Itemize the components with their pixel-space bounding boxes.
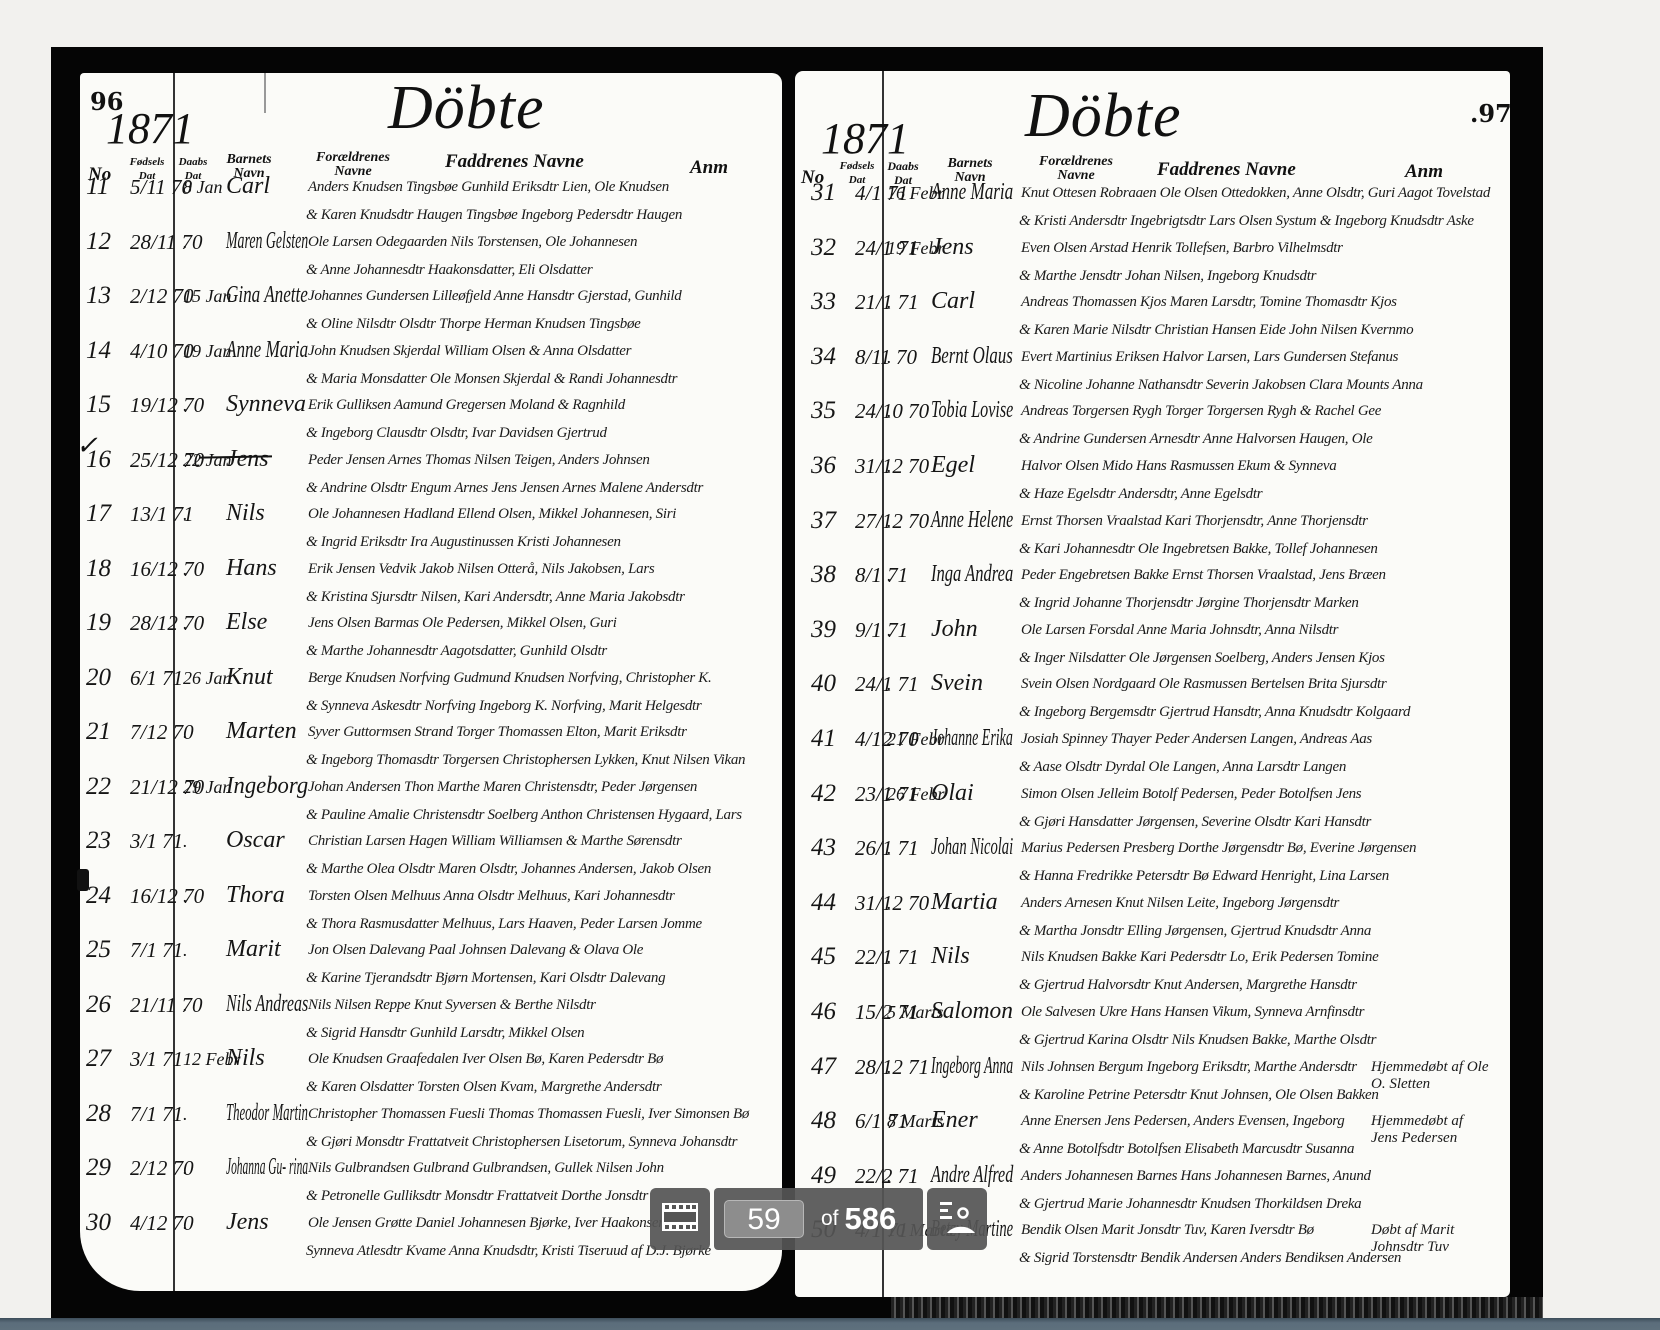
birth-date: 16/12 70 bbox=[130, 557, 204, 582]
margin-ink-blot bbox=[77, 869, 89, 891]
parents-godparents-line: Even Olsen Arstad Henrik Tollefsen, Barb… bbox=[1021, 240, 1343, 257]
child-name: Ingeborg Anna bbox=[931, 1053, 1013, 1080]
parents-godparents-line: & Karine Tjerandsdtr Bjørn Mortensen, Ka… bbox=[306, 970, 665, 987]
child-name: Oscar bbox=[226, 827, 285, 854]
baptism-date: . bbox=[887, 292, 892, 313]
parents-godparents-line: & Karoline Petrine Petersdtr Knut Johnse… bbox=[1019, 1087, 1379, 1104]
year-heading: 1871 bbox=[821, 113, 909, 164]
parents-godparents-line: Anders Johannesen Barnes Hans Johannesen… bbox=[1021, 1168, 1371, 1185]
baptism-date: 19 Jan bbox=[183, 341, 232, 362]
child-name: Nils bbox=[931, 943, 970, 970]
parents-godparents-line: & Oline Nilsdtr Olsdtr Thorpe Herman Knu… bbox=[306, 316, 641, 333]
header-godparents: Faddrenes Navne bbox=[445, 155, 685, 169]
parents-godparents-line: & Anne Johannesdtr Haakonsdatter, Eli Ol… bbox=[306, 262, 592, 279]
parents-godparents-line: & Andrine Olsdtr Engum Arnes Jens Jensen… bbox=[306, 480, 703, 497]
register-entry: 2221/12 7029 JanIngeborgJohan Andersen T… bbox=[86, 773, 776, 827]
parents-godparents-line: & Haze Egelsdtr Andersdtr, Anne Egelsdtr bbox=[1019, 486, 1262, 503]
baptism-date: . bbox=[183, 559, 188, 580]
parents-godparents-line: & Kristina Sjursdtr Nilsen, Kari Andersd… bbox=[306, 589, 685, 606]
left-page: 96 1871 Döbte No Fødsels Dat Daabs Dat B… bbox=[80, 73, 782, 1291]
parents-godparents-line: Jon Olsen Dalevang Paal Johnsen Dalevang… bbox=[308, 942, 643, 959]
parents-godparents-line: & Ingeborg Clausdtr Olsdtr, Ivar Davidse… bbox=[306, 425, 607, 442]
child-name: Knut bbox=[226, 664, 273, 691]
parents-godparents-line: & Kari Johannesdtr Ole Ingebretsen Bakke… bbox=[1019, 541, 1378, 558]
child-name: Salomon bbox=[931, 998, 1013, 1025]
parents-godparents-line: & Gjertrud Halvorsdtr Knut Andersen, Mar… bbox=[1019, 977, 1357, 994]
child-name: Olai bbox=[931, 780, 974, 807]
child-name: John bbox=[931, 616, 978, 643]
baptism-date: . bbox=[887, 565, 892, 586]
baptism-date: . bbox=[887, 893, 892, 914]
birth-date: 27/12 70 bbox=[855, 509, 929, 534]
parents-godparents-line: Christian Larsen Hagen William Williamse… bbox=[308, 833, 682, 850]
parents-godparents-line: & Anne Botolfsdtr Botolfsen Elisabeth Ma… bbox=[1019, 1141, 1354, 1158]
baptism-date: . bbox=[887, 456, 892, 477]
page-number-input[interactable]: 59 bbox=[724, 1200, 804, 1238]
remark-note: Hjemmedøbt af Ole O. Sletten bbox=[1371, 1059, 1491, 1093]
register-entry: 3224/1 7119 FebrJensEven Olsen Arstad He… bbox=[811, 234, 1511, 288]
parents-godparents-line: Christopher Thomassen Fuesli Thomas Thom… bbox=[308, 1106, 749, 1123]
parents-godparents-line: Ole Knudsen Graafedalen Iver Olsen Bø, K… bbox=[308, 1051, 663, 1068]
entry-number: 38 bbox=[811, 561, 836, 589]
remark-note: Hjemmedøbt af Jens Pedersen bbox=[1371, 1113, 1491, 1147]
parents-godparents-line: & Martha Jonsdtr Elling Jørgensen, Gjert… bbox=[1019, 923, 1371, 940]
register-entry: 3524/10 70.Tobia LoviseAndreas Torgersen… bbox=[811, 397, 1511, 451]
header-godparents: Faddrenes Navne bbox=[1157, 163, 1397, 177]
parents-godparents-line: & Synneva Askesdtr Norfving Ingeborg K. … bbox=[306, 698, 701, 715]
register-entry: 2621/11 70.Nils AndreasNils Nilsen Reppe… bbox=[86, 991, 776, 1045]
parents-godparents-line: & Petronelle Gulliksdtr Monsdtr Frattatv… bbox=[306, 1188, 648, 1205]
parents-godparents-line: Syver Guttormsen Strand Torger Thomassen… bbox=[308, 724, 687, 741]
baptism-date: . bbox=[183, 232, 188, 253]
baptism-date: . bbox=[183, 1104, 188, 1125]
register-entry: 217/12 70.MartenSyver Guttormsen Strand … bbox=[86, 718, 776, 772]
child-name: Maren Gelsten bbox=[226, 228, 308, 255]
birth-date: 16/12 70 bbox=[130, 884, 204, 909]
entry-number: 31 bbox=[811, 179, 836, 207]
child-name: Tobia Lovise bbox=[931, 397, 1013, 424]
child-name: Synneva bbox=[226, 391, 306, 418]
baptism-date: . bbox=[887, 1166, 892, 1187]
parents-godparents-line: Svein Olsen Nordgaard Ole Rasmussen Bert… bbox=[1021, 676, 1386, 693]
parents-godparents-line: Nils Johnsen Bergum Ingeborg Eriksdtr, M… bbox=[1021, 1059, 1357, 1076]
child-name: Ener bbox=[931, 1107, 978, 1134]
register-entry: 3321/1 71.CarlAndreas Thomassen Kjos Mar… bbox=[811, 288, 1511, 342]
register-entry: 4728/12 71.Ingeborg AnnaNils Johnsen Ber… bbox=[811, 1053, 1511, 1107]
register-entry: 1928/12 70.ElseJens Olsen Barmas Ole Ped… bbox=[86, 609, 776, 663]
register-entry: 4223/1 7126 FebrOlaiSimon Olsen Jelleim … bbox=[811, 780, 1511, 834]
parents-godparents-line: Nils Gulbrandsen Gulbrand Gulbrandsen, G… bbox=[308, 1160, 664, 1177]
child-name: Carl bbox=[226, 173, 270, 200]
child-name: Else bbox=[226, 609, 267, 636]
parents-godparents-line: & Ingrid Eriksdtr Ira Augustinussen Kris… bbox=[306, 534, 621, 551]
baptism-date: . bbox=[183, 886, 188, 907]
baptism-date: . bbox=[887, 1057, 892, 1078]
child-name: Nils Andreas bbox=[226, 991, 308, 1018]
parents-godparents-line: Halvor Olsen Mido Hans Rasmussen Ekum & … bbox=[1021, 458, 1336, 475]
parents-godparents-line: Peder Engebretsen Bakke Ernst Thorsen Vr… bbox=[1021, 567, 1386, 584]
baptism-date: . bbox=[887, 620, 892, 641]
baptism-date: . bbox=[183, 940, 188, 961]
parents-godparents-line: Marius Pedersen Presberg Dorthe Jørgensd… bbox=[1021, 840, 1416, 857]
parents-godparents-line: Ole Jensen Grøtte Daniel Johannesen Bjør… bbox=[308, 1215, 665, 1232]
parents-godparents-line: & Maria Monsdatter Ole Monsen Skjerdal &… bbox=[306, 371, 677, 388]
parents-godparents-line: Peder Jensen Arnes Thomas Nilsen Teigen,… bbox=[308, 452, 650, 469]
entry-number: 18 bbox=[86, 555, 111, 583]
year-heading: 1871 bbox=[106, 103, 194, 154]
baptism-date: . bbox=[183, 722, 188, 743]
birth-date: 21/11 70 bbox=[130, 993, 203, 1018]
column-divider bbox=[264, 73, 266, 113]
baptism-date: . bbox=[183, 1158, 188, 1179]
child-name: Marten bbox=[226, 718, 297, 745]
record-index-icon bbox=[937, 1197, 977, 1241]
entry-number: 44 bbox=[811, 889, 836, 917]
register-entry: 486/1 718 MartsEnerAnne Enersen Jens Ped… bbox=[811, 1107, 1511, 1161]
child-name: Ingeborg bbox=[226, 773, 308, 800]
filmstrip-icon bbox=[661, 1202, 699, 1236]
entry-number: 16 bbox=[86, 446, 111, 474]
filmstrip-button[interactable] bbox=[650, 1188, 710, 1250]
baptism-date: . bbox=[887, 401, 892, 422]
record-index-button[interactable] bbox=[927, 1188, 987, 1250]
header-remarks: Anm bbox=[1405, 165, 1443, 179]
child-name: Anne Maria bbox=[226, 337, 308, 364]
total-pages: 586 bbox=[845, 1201, 897, 1237]
right-page: .97 1871 Döbte No Fødsels Dat Daabs Dat … bbox=[795, 71, 1510, 1297]
child-name: Jens bbox=[931, 234, 974, 261]
parents-godparents-line: Torsten Olsen Melhuus Anna Olsdtr Melhuu… bbox=[308, 888, 674, 905]
parents-godparents-line: Nils Nilsen Reppe Knut Syversen & Berthe… bbox=[308, 997, 596, 1014]
baptism-date: . bbox=[183, 1213, 188, 1234]
register-entry: 4024/1 71.SveinSvein Olsen Nordgaard Ole… bbox=[811, 670, 1511, 724]
entry-number: 14 bbox=[86, 337, 111, 365]
parents-godparents-line: Jens Olsen Barmas Ole Pedersen, Mikkel O… bbox=[308, 615, 617, 632]
parents-godparents-line: & Thora Rasmusdatter Melhuus, Lars Haave… bbox=[306, 916, 702, 933]
entry-number: 35 bbox=[811, 397, 836, 425]
entry-number: 25 bbox=[86, 936, 111, 964]
child-name: Egel bbox=[931, 452, 975, 479]
register-entry: 115/11 708 JanCarlAnders Knudsen Tingsbø… bbox=[86, 173, 776, 227]
register-entry: 3727/12 70.Anne HeleneErnst Thorsen Vraa… bbox=[811, 507, 1511, 561]
baptism-date: . bbox=[887, 838, 892, 859]
of-label: of bbox=[821, 1207, 839, 1231]
child-name: Jens bbox=[226, 446, 269, 473]
register-entry: 233/1 71.OscarChristian Larsen Hagen Wil… bbox=[86, 827, 776, 881]
parents-godparents-line: & Ingrid Johanne Thorjensdtr Jørgine Tho… bbox=[1019, 595, 1359, 612]
birth-date: 28/11 70 bbox=[130, 230, 203, 255]
register-entry: 1816/12 70.HansErik Jensen Vedvik Jakob … bbox=[86, 555, 776, 609]
entry-number: 21 bbox=[86, 718, 111, 746]
register-entry: 206/1 7126 JanKnutBerge Knudsen Norfving… bbox=[86, 664, 776, 718]
entry-number: 39 bbox=[811, 616, 836, 644]
entry-number: 27 bbox=[86, 1045, 111, 1073]
parents-godparents-line: & Marthe Jensdtr Johan Nilsen, Ingeborg … bbox=[1019, 268, 1316, 285]
child-name: Carl bbox=[931, 288, 975, 315]
entry-number: 37 bbox=[811, 507, 836, 535]
child-name: Anne Maria bbox=[931, 179, 1013, 206]
parents-godparents-line: & Kristi Andersdtr Ingebrigtsdtr Lars Ol… bbox=[1019, 213, 1474, 230]
parents-godparents-line: & Gjøri Monsdtr Frattatveit Christophers… bbox=[306, 1134, 737, 1151]
parents-godparents-line: Andreas Torgersen Rygh Torger Torgersen … bbox=[1021, 403, 1381, 420]
birth-date: 28/12 71 bbox=[855, 1055, 929, 1080]
parents-godparents-line: Simon Olsen Jelleim Botolf Pedersen, Ped… bbox=[1021, 786, 1361, 803]
parents-godparents-line: & Karen Knudsdtr Haugen Tingsbøe Ingebor… bbox=[306, 207, 682, 224]
baptism-date: . bbox=[183, 995, 188, 1016]
baptism-date: . bbox=[183, 613, 188, 634]
entry-number: 13 bbox=[86, 282, 111, 310]
remark-note: Døbt af Marit Johnsdtr Tuv bbox=[1371, 1222, 1491, 1256]
entry-number: 11 bbox=[86, 173, 109, 201]
entry-number: 42 bbox=[811, 780, 836, 808]
register-entry: 348/11 70.Bernt OlausEvert Martinius Eri… bbox=[811, 343, 1511, 397]
baptism-date: 22 Jan bbox=[183, 450, 232, 471]
child-name: Nils bbox=[226, 1045, 265, 1072]
entry-number: 47 bbox=[811, 1053, 836, 1081]
parents-godparents-line: Berge Knudsen Norfving Gudmund Knudsen N… bbox=[308, 670, 711, 687]
birth-date: 31/12 70 bbox=[855, 891, 929, 916]
parents-godparents-line: & Sigrid Torstensdtr Bendik Andersen And… bbox=[1019, 1250, 1401, 1267]
register-entry: 4431/12 70.MartiaAnders Arnesen Knut Nil… bbox=[811, 889, 1511, 943]
entry-number: 40 bbox=[811, 670, 836, 698]
birth-date: 7/1 71 bbox=[130, 1102, 183, 1127]
parents-godparents-line: Johan Andersen Thon Marthe Maren Christe… bbox=[308, 779, 697, 796]
parents-godparents-line: Anders Knudsen Tingsbøe Gunhild Eriksdtr… bbox=[308, 179, 669, 196]
register-entry: 399/1 71.JohnOle Larsen Forsdal Anne Mar… bbox=[811, 616, 1511, 670]
entry-number: 43 bbox=[811, 834, 836, 862]
birth-date: 19/12 70 bbox=[130, 393, 204, 418]
child-name: Martia bbox=[931, 889, 998, 916]
child-name: Nils bbox=[226, 500, 265, 527]
register-entry: 144/10 7019 JanAnne MariaJohn Knudsen Sk… bbox=[86, 337, 776, 391]
child-name: Andre Alfred bbox=[931, 1162, 1013, 1189]
entry-number: 41 bbox=[811, 725, 836, 753]
baptism-date: 26 Jan bbox=[183, 668, 232, 689]
entry-number: 30 bbox=[86, 1209, 111, 1237]
child-name: Johanne Erika bbox=[931, 725, 1013, 752]
birth-date: 9/1 71 bbox=[855, 618, 908, 643]
entry-number: 22 bbox=[86, 773, 111, 801]
viewer-bottom-strip bbox=[0, 1318, 1660, 1330]
child-name: Svein bbox=[931, 670, 983, 697]
child-name: Inga Andrea bbox=[931, 561, 1013, 588]
page-title: Döbte bbox=[1025, 81, 1182, 152]
register-entry: 1625/12 7022 JanJensPeder Jensen Arnes T… bbox=[86, 446, 776, 500]
parents-godparents-line: & Sigrid Hansdtr Gunhild Larsdtr, Mikkel… bbox=[306, 1025, 584, 1042]
child-name: Anne Helene bbox=[931, 507, 1013, 534]
register-entry: 2416/12 70.ThoraTorsten Olsen Melhuus An… bbox=[86, 882, 776, 936]
parents-godparents-line: Nils Knudsen Bakke Kari Pedersdtr Lo, Er… bbox=[1021, 949, 1378, 966]
birth-date: 3/1 71 bbox=[130, 829, 183, 854]
baptism-date: . bbox=[887, 511, 892, 532]
parents-godparents-line: Anne Enersen Jens Pedersen, Anders Evens… bbox=[1021, 1113, 1344, 1130]
parents-godparents-line: & Karen Olsdatter Torsten Olsen Kvam, Ma… bbox=[306, 1079, 661, 1096]
register-entry: 314/1 7116 FebrAnne MariaKnut Ottesen Ro… bbox=[811, 179, 1511, 233]
parents-godparents-line: & Hanna Fredrikke Petersdtr Bø Edward He… bbox=[1019, 868, 1389, 885]
entry-number: 45 bbox=[811, 943, 836, 971]
register-entry: 4615/2 715 MartsSalomonOle Salvesen Ukre… bbox=[811, 998, 1511, 1052]
entry-number: 46 bbox=[811, 998, 836, 1026]
entry-number: 32 bbox=[811, 234, 836, 262]
entry-number: 28 bbox=[86, 1100, 111, 1128]
page-title: Döbte bbox=[388, 73, 545, 144]
entry-number: 17 bbox=[86, 500, 111, 528]
register-entry: 1519/12 70.SynnevaErik Gulliksen Aamund … bbox=[86, 391, 776, 445]
child-name: Theodor Martin bbox=[226, 1100, 308, 1127]
parents-godparents-line: Johannes Gundersen Lilleøfjeld Anne Hans… bbox=[308, 288, 681, 305]
parents-godparents-line: Ole Larsen Odegaarden Nils Torstensen, O… bbox=[308, 234, 637, 251]
parents-godparents-line: & Inger Nilsdatter Ole Jørgensen Soelber… bbox=[1019, 650, 1385, 667]
child-name: Bernt Olaus bbox=[931, 343, 1013, 370]
parents-godparents-line: & Nicoline Johanne Nathansdtr Severin Ja… bbox=[1019, 377, 1423, 394]
child-name: Johan Nicolai bbox=[931, 834, 1013, 861]
child-name: Hans bbox=[226, 555, 277, 582]
parents-godparents-line: & Gjertrud Karina Olsdtr Nils Knudsen Ba… bbox=[1019, 1032, 1376, 1049]
baptism-date: 29 Jan bbox=[183, 777, 232, 798]
parents-godparents-line: Ole Salvesen Ukre Hans Hansen Vikum, Syn… bbox=[1021, 1004, 1364, 1021]
parents-godparents-line: & Gjøri Hansdatter Jørgensen, Severine O… bbox=[1019, 814, 1371, 831]
entry-number: 29 bbox=[86, 1154, 111, 1182]
parents-godparents-line: Ernst Thorsen Vraalstad Kari Thorjensdtr… bbox=[1021, 513, 1368, 530]
register-entry: 257/1 71.MaritJon Olsen Dalevang Paal Jo… bbox=[86, 936, 776, 990]
birth-date: 8/1 71 bbox=[855, 563, 908, 588]
entry-number: 20 bbox=[86, 664, 111, 692]
parents-godparents-line: Josiah Spinney Thayer Peder Andersen Lan… bbox=[1021, 731, 1372, 748]
child-name: Marit bbox=[226, 936, 281, 963]
register-entry: 3631/12 70.EgelHalvor Olsen Mido Hans Ra… bbox=[811, 452, 1511, 506]
birth-date: 3/1 71 bbox=[130, 1047, 183, 1072]
parents-godparents-line: & Pauline Amalie Christensdtr Soelberg A… bbox=[306, 807, 742, 824]
entry-number: 33 bbox=[811, 288, 836, 316]
parents-godparents-line: Ole Johannesen Hadland Ellend Olsen, Mik… bbox=[308, 506, 676, 523]
entry-number: 26 bbox=[86, 991, 111, 1019]
baptism-date: 15 Jan bbox=[183, 286, 232, 307]
parents-godparents-line: Anders Arnesen Knut Nilsen Leite, Ingebo… bbox=[1021, 895, 1339, 912]
entry-number: 49 bbox=[811, 1162, 836, 1190]
register-entry: 4326/1 71.Johan NicolaiMarius Pedersen P… bbox=[811, 834, 1511, 888]
baptism-date: . bbox=[887, 947, 892, 968]
parents-godparents-line: Erik Jensen Vedvik Jakob Nilsen Otterå, … bbox=[308, 561, 654, 578]
birth-date: 28/12 70 bbox=[130, 611, 204, 636]
birth-date: 6/1 71 bbox=[130, 666, 183, 691]
parents-godparents-line: & Ingeborg Thomasdtr Torgersen Christoph… bbox=[306, 752, 745, 769]
entry-number: 24 bbox=[86, 882, 111, 910]
register-entry: 1228/11 70.Maren GelstenOle Larsen Odega… bbox=[86, 228, 776, 282]
birth-date: 24/10 70 bbox=[855, 399, 929, 424]
scanned-register-image: 96 1871 Döbte No Fødsels Dat Daabs Dat B… bbox=[51, 47, 1543, 1318]
baptism-date: . bbox=[887, 347, 892, 368]
baptism-date: . bbox=[887, 674, 892, 695]
child-name: Johanna Gu- rina bbox=[226, 1154, 308, 1181]
parents-godparents-line: Knut Ottesen Robraaen Ole Olsen Ottedokk… bbox=[1021, 185, 1490, 202]
baptism-date: . bbox=[183, 395, 188, 416]
child-name: Thora bbox=[226, 882, 285, 909]
parents-godparents-line: Bendik Olsen Marit Jonsdtr Tuv, Karen Iv… bbox=[1021, 1222, 1314, 1239]
entry-number: 36 bbox=[811, 452, 836, 480]
baptism-date: . bbox=[183, 831, 188, 852]
entry-number: 23 bbox=[86, 827, 111, 855]
parents-godparents-line: Evert Martinius Eriksen Halvor Larsen, L… bbox=[1021, 349, 1398, 366]
parents-godparents-line: John Knudsen Skjerdal William Olsen & An… bbox=[308, 343, 631, 360]
child-name: Jens bbox=[226, 1209, 269, 1236]
register-entry: 1713/1 71.NilsOle Johannesen Hadland Ell… bbox=[86, 500, 776, 554]
parents-godparents-line: & Gjertrud Marie Johannesdtr Knudsen Tho… bbox=[1019, 1196, 1361, 1213]
page-number: .97 bbox=[1470, 99, 1512, 128]
parents-godparents-line: & Aase Olsdtr Dyrdal Ole Langen, Anna La… bbox=[1019, 759, 1346, 776]
register-entry: 388/1 71.Inga AndreaPeder Engebretsen Ba… bbox=[811, 561, 1511, 615]
register-entry: 4522/1 71.NilsNils Knudsen Bakke Kari Pe… bbox=[811, 943, 1511, 997]
entry-number: 15 bbox=[86, 391, 111, 419]
parents-godparents-line: & Karen Marie Nilsdtr Christian Hansen E… bbox=[1019, 322, 1413, 339]
register-entry: 287/1 71.Theodor MartinChristopher Thoma… bbox=[86, 1100, 776, 1154]
birth-date: 31/12 70 bbox=[855, 454, 929, 479]
parents-godparents-line: Ole Larsen Forsdal Anne Maria Johnsdtr, … bbox=[1021, 622, 1338, 639]
entry-number: 34 bbox=[811, 343, 836, 371]
parents-godparents-line: & Andrine Gundersen Arnesdtr Anne Halvor… bbox=[1019, 431, 1372, 448]
register-entry: 273/1 7112 FebrNilsOle Knudsen Graafedal… bbox=[86, 1045, 776, 1099]
birth-date: 7/1 71 bbox=[130, 938, 183, 963]
page-navigator: 59 of 586 bbox=[714, 1188, 923, 1250]
scan-background-texture bbox=[891, 1297, 1543, 1318]
parents-godparents-line: & Ingeborg Bergemsdtr Gjertrud Hansdtr, … bbox=[1019, 704, 1410, 721]
baptism-date: . bbox=[183, 504, 188, 525]
register-entry: 132/12 7015 JanGina AnetteJohannes Gunde… bbox=[86, 282, 776, 336]
parents-godparents-line: & Marthe Olea Olsdtr Maren Olsdtr, Johan… bbox=[306, 861, 711, 878]
entry-number: 12 bbox=[86, 228, 111, 256]
parents-godparents-line: Andreas Thomassen Kjos Maren Larsdtr, To… bbox=[1021, 294, 1397, 311]
parents-godparents-line: & Marthe Johannesdtr Aagotsdatter, Gunhi… bbox=[306, 643, 607, 660]
entry-number: 19 bbox=[86, 609, 111, 637]
baptism-date: 8 Jan bbox=[183, 177, 223, 198]
parents-godparents-line: Erik Gulliksen Aamund Gregersen Moland &… bbox=[308, 397, 625, 414]
entry-number: 48 bbox=[811, 1107, 836, 1135]
register-entry: 414/12 7021 FebrJohanne ErikaJosiah Spin… bbox=[811, 725, 1511, 779]
child-name: Gina Anette bbox=[226, 282, 308, 309]
